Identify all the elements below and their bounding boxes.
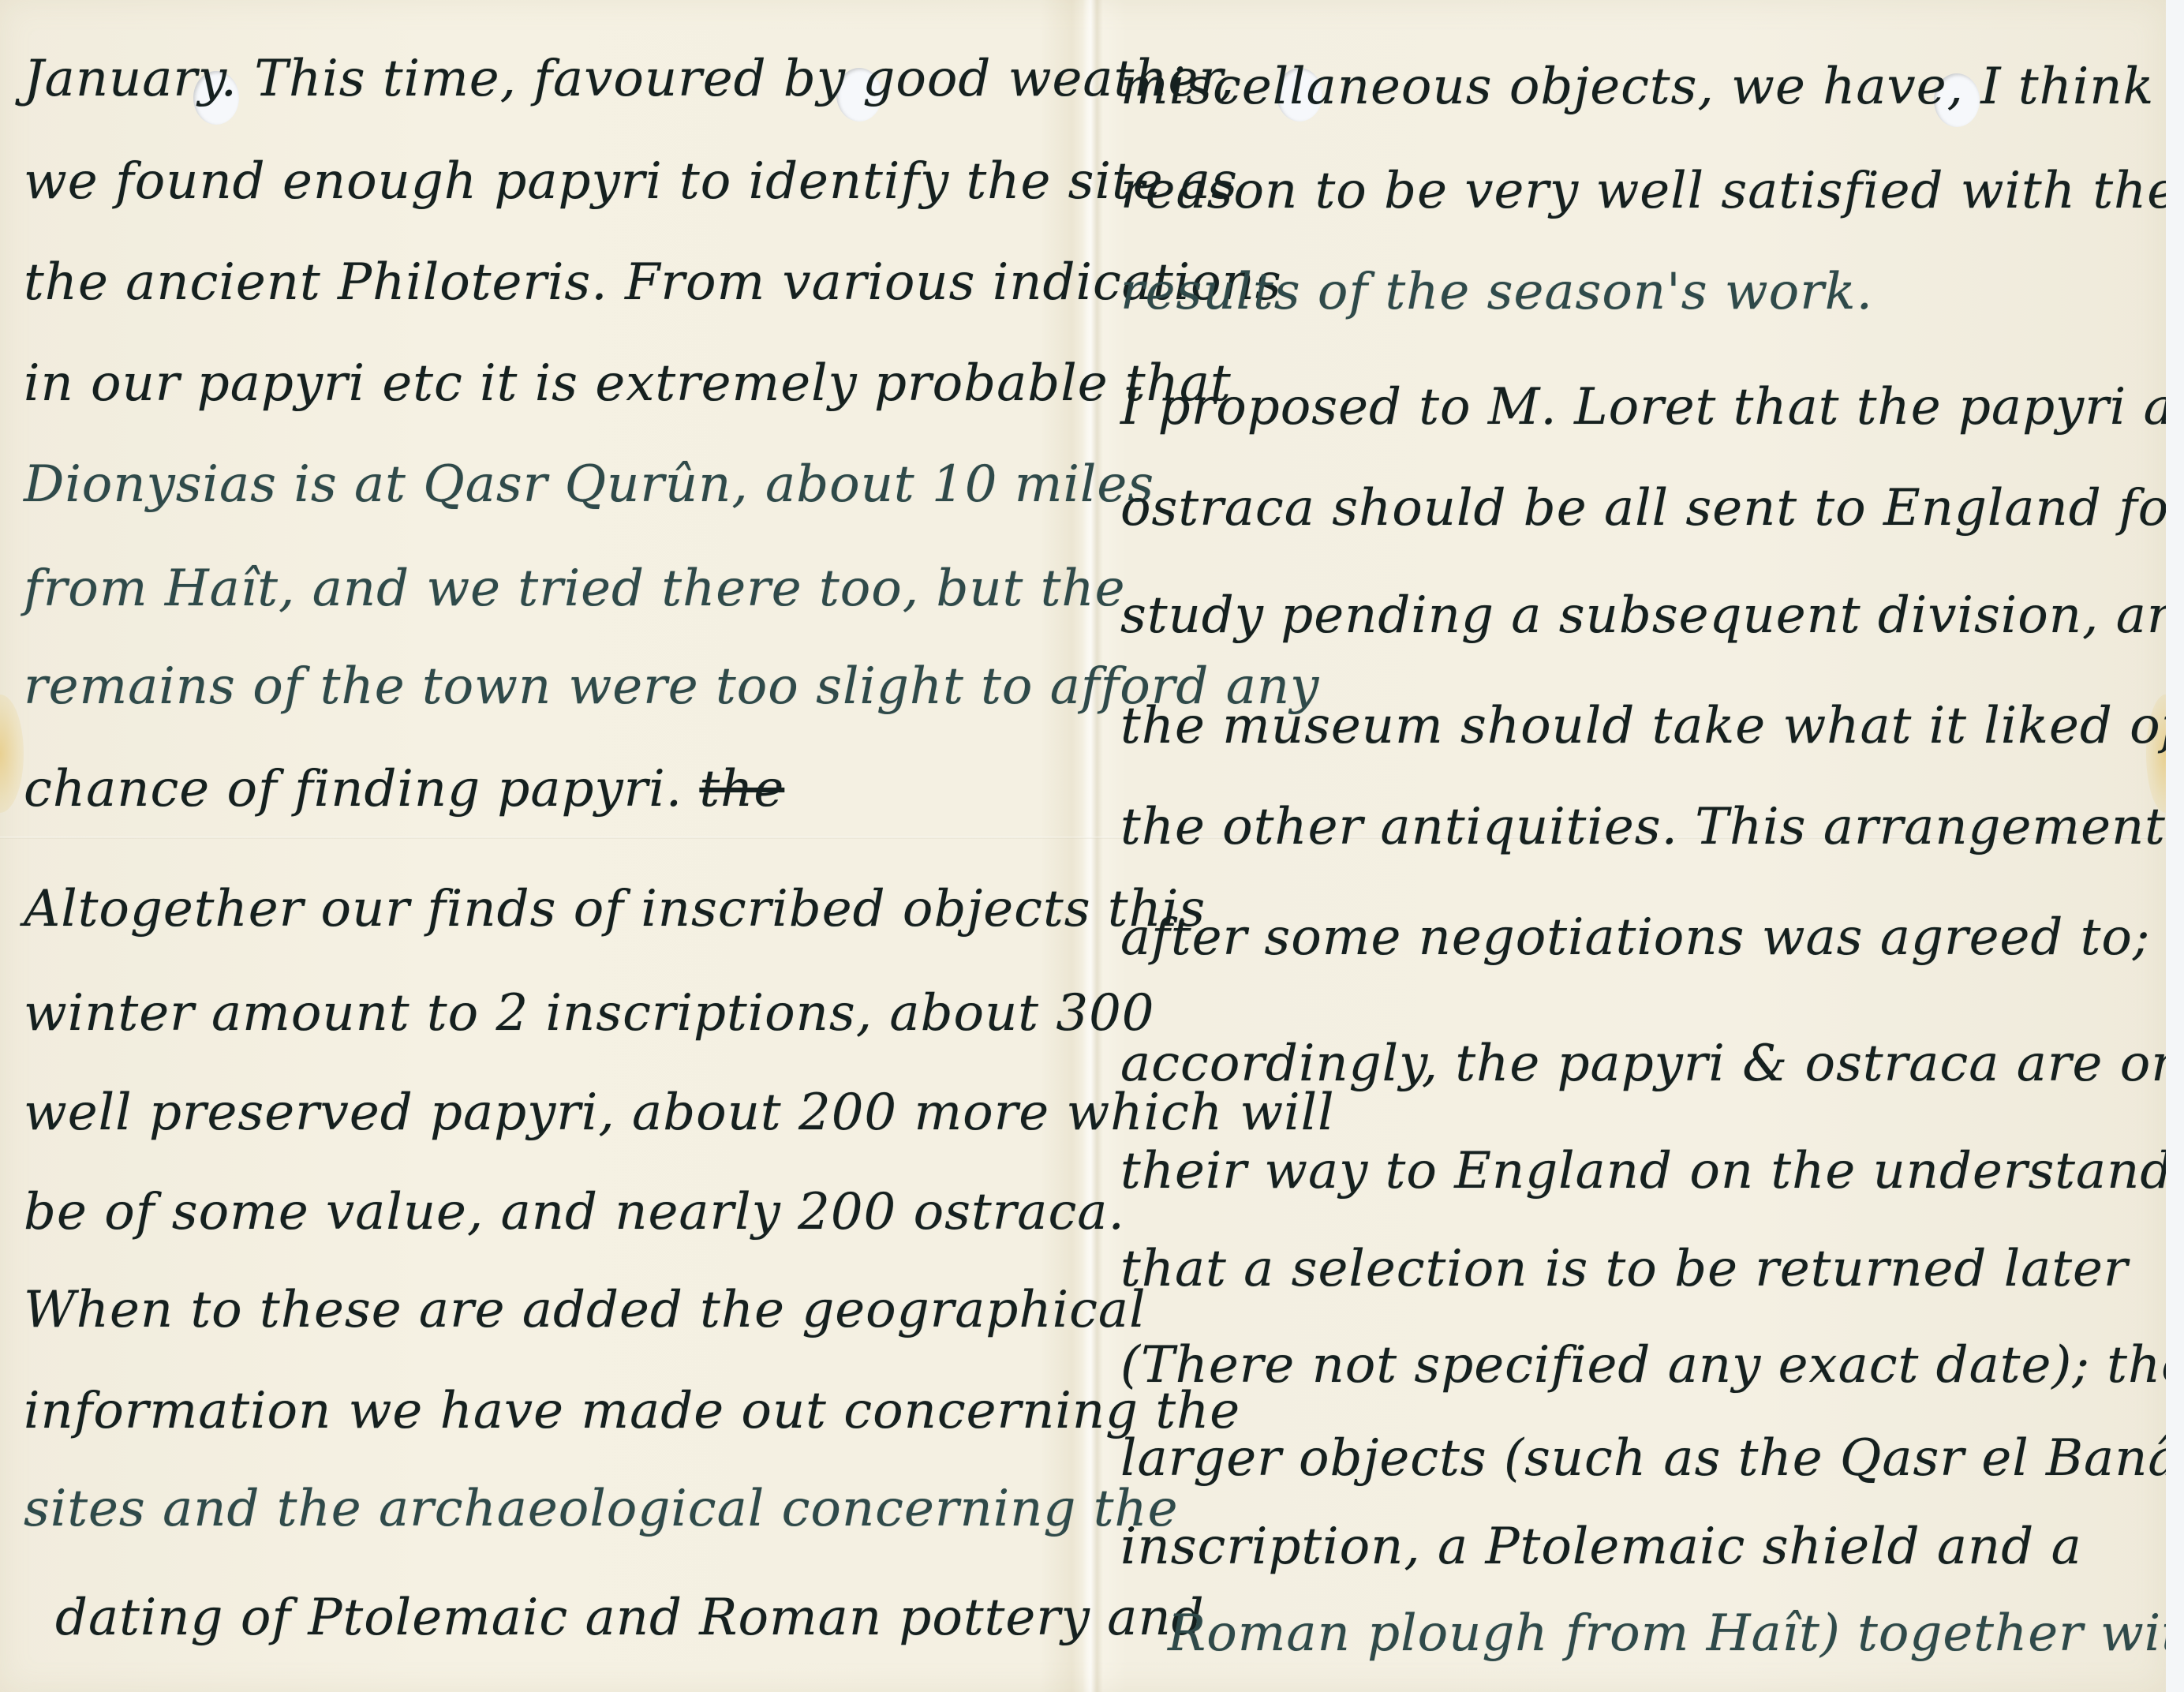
right-page: miscellaneous objects, we have, I think … bbox=[1120, 0, 2154, 1692]
right-line-12: that a selection is to be returned later bbox=[1120, 1237, 2154, 1301]
right-line-13: (There not specified any exact date); th… bbox=[1120, 1334, 2154, 1397]
left-line-16: dating of Ptolemaic and Roman pottery an… bbox=[55, 1586, 1065, 1649]
left-line-14: information we have made out concerning … bbox=[24, 1379, 1065, 1443]
right-line-10: accordingly, the papyri & ostraca are on bbox=[1120, 1032, 2154, 1095]
right-line-8: the other antiquities. This arrangement bbox=[1120, 795, 2154, 859]
left-line-5: Dionysias is at Qasr Qurûn, about 10 mil… bbox=[24, 453, 1065, 516]
left-line-12: be of some value, and nearly 200 ostraca… bbox=[24, 1181, 1065, 1244]
left-line-9: Altogether our finds of inscribed object… bbox=[24, 878, 1065, 941]
right-line-14: larger objects (such as the Qasr el Banâ… bbox=[1120, 1427, 2154, 1490]
left-line-1: January. This time, favoured by good wea… bbox=[24, 47, 1065, 110]
left-line-4: in our papyri etc it is extremely probab… bbox=[24, 352, 1065, 415]
left-page: January. This time, favoured by good wea… bbox=[24, 0, 1065, 1692]
struck-word: the bbox=[699, 760, 784, 818]
right-line-15: inscription, a Ptolemaic shield and a bbox=[1120, 1515, 2154, 1578]
right-line-7: the museum should take what it liked of bbox=[1120, 694, 2154, 758]
left-line-7: remains of the town were too slight to a… bbox=[24, 655, 1065, 718]
left-line-15: sites and the archaeological concerning … bbox=[24, 1477, 1065, 1540]
right-line-1: miscellaneous objects, we have, I think … bbox=[1120, 55, 2154, 118]
left-line-8-wrap: chance of finding papyri. the bbox=[24, 758, 1065, 821]
left-line-11: well preserved papyri, about 200 more wh… bbox=[24, 1081, 1065, 1144]
right-line-6: study pending a subsequent division, and bbox=[1120, 584, 2154, 647]
right-line-9: after some negotiations was agreed to; bbox=[1120, 906, 2154, 969]
right-line-2: reason to be very well satisfied with th… bbox=[1120, 159, 2154, 223]
right-line-3: results of the season's work. bbox=[1120, 260, 2154, 324]
right-line-5: ostraca should be all sent to England fo… bbox=[1120, 477, 2154, 540]
left-line-13: When to these are added the geographical bbox=[24, 1278, 1065, 1342]
paper-stain-left bbox=[0, 694, 24, 813]
right-line-4: I proposed to M. Loret that the papyri a… bbox=[1120, 376, 2154, 439]
left-line-6: from Haît, and we tried there too, but t… bbox=[24, 557, 1065, 620]
scan-margin bbox=[2166, 0, 2184, 1692]
right-line-11: their way to England on the understandin… bbox=[1120, 1140, 2154, 1203]
letter-sheet: January. This time, favoured by good wea… bbox=[0, 0, 2166, 1692]
left-line-8: chance of finding papyri. bbox=[24, 760, 682, 818]
right-line-16: Roman plough from Haît) together with bbox=[1168, 1602, 2154, 1665]
left-line-2: we found enough papyri to identify the s… bbox=[24, 150, 1065, 213]
left-line-3: the ancient Philoteris. From various ind… bbox=[24, 251, 1065, 314]
left-line-10: winter amount to 2 inscriptions, about 3… bbox=[24, 982, 1065, 1045]
